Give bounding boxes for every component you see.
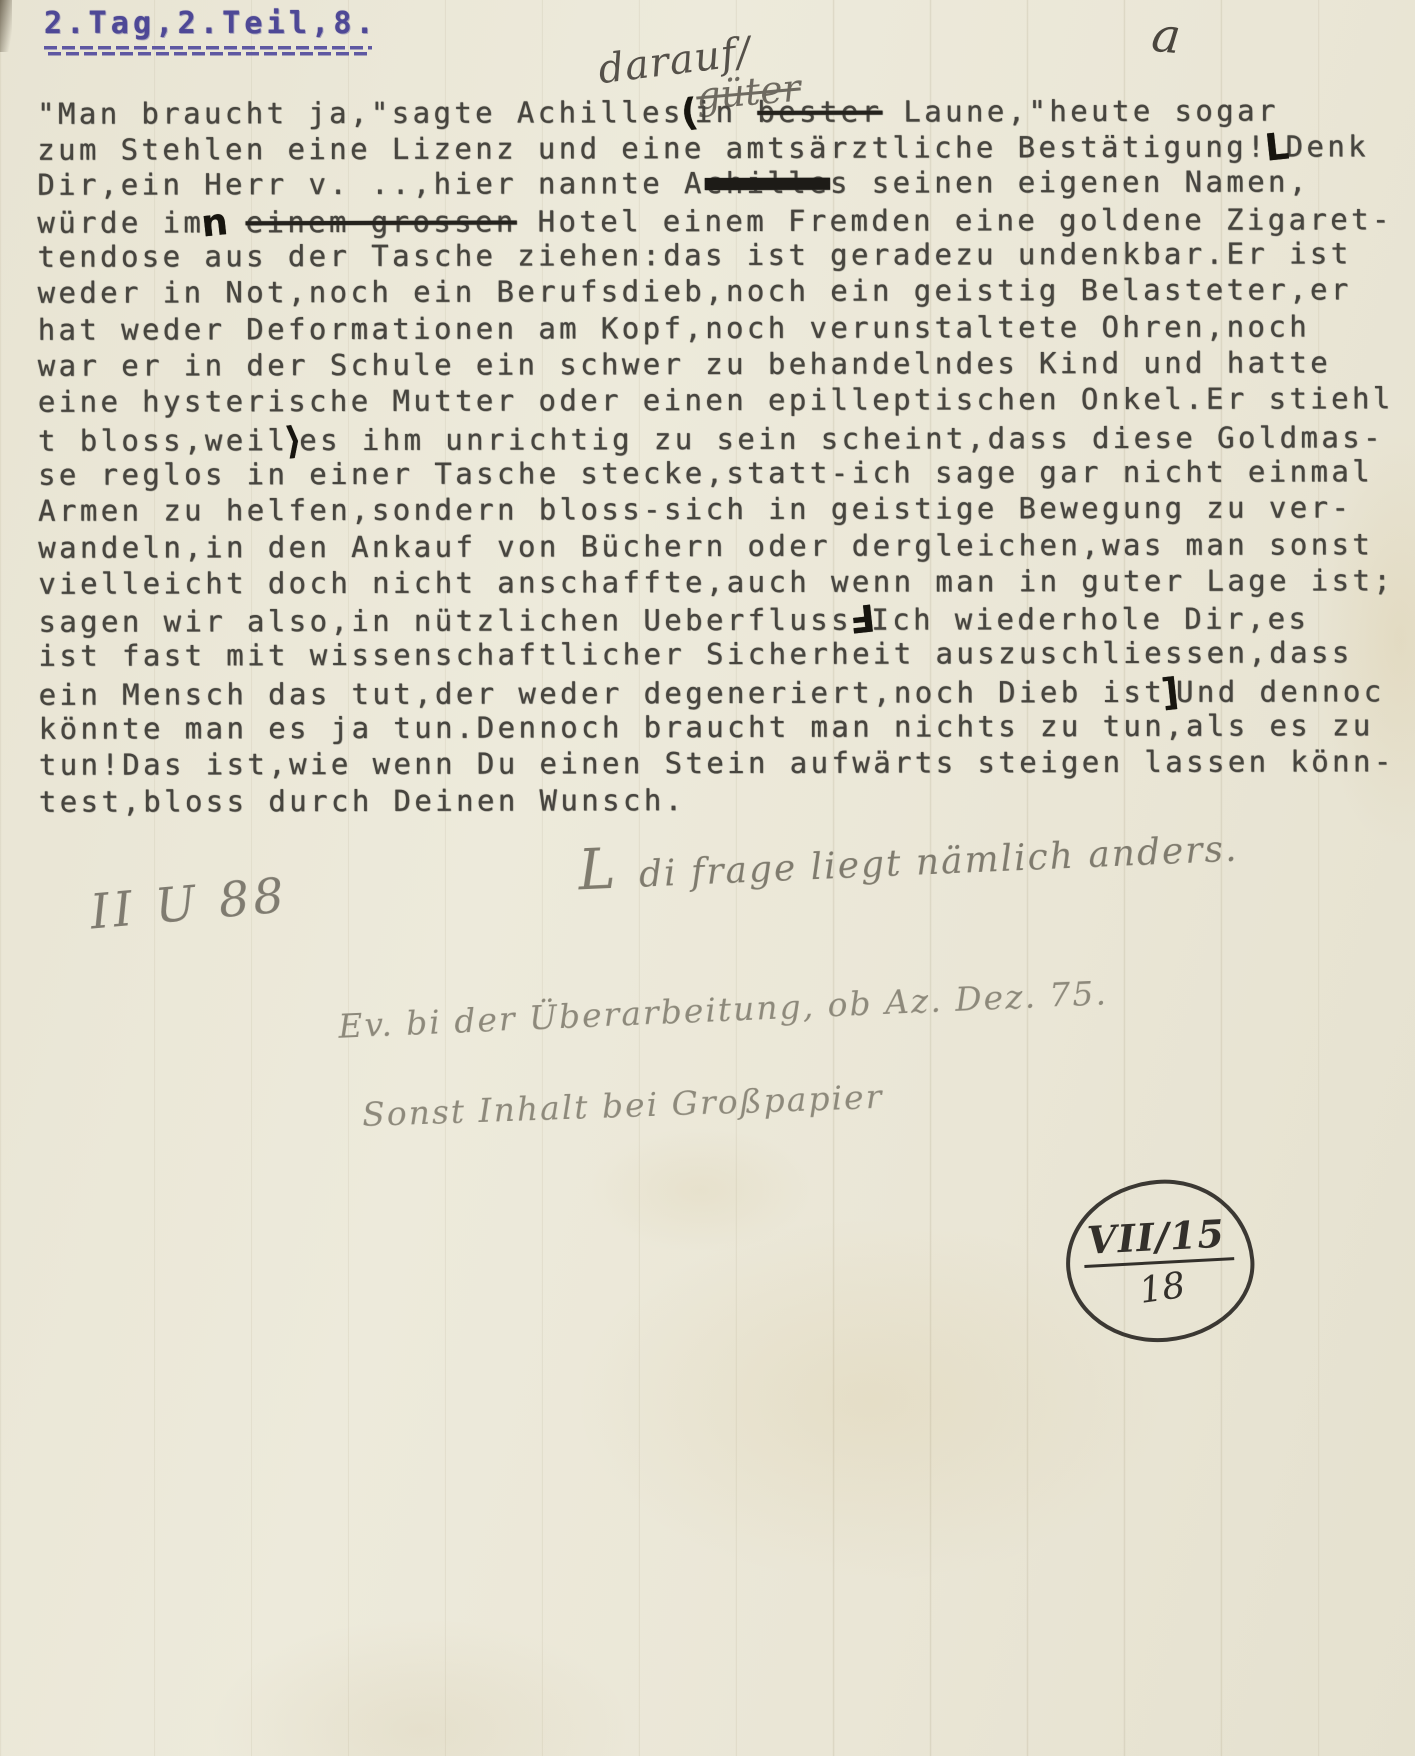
typescript-line: würde imn einem grossen Hotel einem Frem… bbox=[37, 199, 1407, 239]
typescript-segment: se reglos in einer Tasche stecke,statt-i… bbox=[38, 454, 1373, 491]
typescript-segment: könnte man es ja tun.Dennoch braucht man… bbox=[39, 708, 1374, 745]
typescript-line: tendose aus der Tasche ziehen:das ist ge… bbox=[37, 235, 1407, 275]
page-header: 2.Tag,2.Teil,8. bbox=[44, 6, 378, 41]
typescript-segment: test,bloss durch Deinen Wunsch. bbox=[39, 783, 686, 819]
typescript-line: se reglos in einer Tasche stecke,statt-i… bbox=[38, 453, 1408, 493]
typescript-line: eine hysterische Mutter oder einen epill… bbox=[38, 381, 1408, 421]
handwritten-ink-mark: n bbox=[199, 204, 229, 243]
typescript-segment: Laune,"heute sogar bbox=[882, 94, 1278, 129]
paper-corner-edge bbox=[0, 0, 12, 52]
typescript-segment: Ich wiederhole Dir,es bbox=[871, 602, 1309, 637]
typescript-segment: Armen zu helfen,sondern bloss-sich in ge… bbox=[38, 491, 1352, 528]
typescript-segment: Dir,ein Herr v. ..,hier nannte A bbox=[37, 166, 705, 202]
typescript-line: sagen wir also,in nützlichen UeberflussℲ… bbox=[38, 598, 1408, 638]
typescript-segment: Denk bbox=[1286, 130, 1370, 164]
manuscript-page: { "header": { "title": "2.Tag,2.Teil,8."… bbox=[0, 0, 1415, 1756]
typescript-segment: war er in der Schule ein schwer zu behan… bbox=[38, 345, 1331, 382]
typescript-segment: tendose aus der Tasche ziehen:das ist ge… bbox=[37, 237, 1351, 274]
typescript-line: weder in Not,noch ein Berufsdieb,noch ei… bbox=[38, 272, 1408, 312]
typescript-segment: sagen wir also,in nützlichen Ueberfluss bbox=[38, 603, 852, 639]
typescript-line: Dir,ein Herr v. ..,hier nannte Achilles … bbox=[37, 163, 1407, 203]
archive-stamp-signature: VII/15 bbox=[1082, 1210, 1234, 1268]
handwritten-corner-mark: a bbox=[1149, 7, 1183, 66]
typescript-segment: "Man braucht ja,"sagte Achilles bbox=[37, 95, 684, 131]
typescript-segment: hat weder Deformationen am Kopf,noch ver… bbox=[38, 309, 1311, 346]
typescript-line: "Man braucht ja,"sagte Achilles(in beste… bbox=[37, 90, 1407, 130]
typescript-line: ist fast mit wissenschaftlicher Sicherhe… bbox=[38, 635, 1408, 675]
typescript-struck-segment: einem grossen bbox=[246, 204, 517, 239]
typescript-line: könnte man es ja tun.Dennoch braucht man… bbox=[39, 707, 1409, 747]
handwritten-ink-mark: Ⅎ bbox=[847, 602, 876, 641]
typescript-segment: zum Stehlen eine Lizenz und eine amtsärz… bbox=[37, 130, 1268, 167]
typescript-line: wandeln,in den Ankauf von Büchern oder d… bbox=[38, 526, 1408, 566]
typescript-line: zum Stehlen eine Lizenz und eine amtsärz… bbox=[37, 127, 1407, 167]
typescript-struck-segment: chille bbox=[705, 165, 830, 199]
typescript-line: tun!Das ist,wie wenn Du einen Stein aufw… bbox=[39, 744, 1409, 784]
typescript-line: Armen zu helfen,sondern bloss-sich in ge… bbox=[38, 489, 1408, 529]
typescript-line: t bloss,weil⟩es ihm unrichtig zu sein sc… bbox=[38, 417, 1408, 457]
handwritten-archive-number: II U 88 bbox=[88, 867, 290, 940]
typescript-body: "Man braucht ja,"sagte Achilles(in beste… bbox=[37, 90, 1409, 820]
typescript-segment: weder in Not,noch ein Berufsdieb,noch ei… bbox=[38, 273, 1352, 310]
handwritten-ink-mark: L bbox=[1263, 129, 1290, 168]
typescript-segment: ein Mensch das tut,der weder degeneriert… bbox=[39, 675, 1166, 712]
typescript-segment: vielleicht doch nicht anschaffte,auch we… bbox=[38, 563, 1394, 601]
handwritten-pencil-note-1: Ev. bi der Überarbeitung, ob Az. Dez. 75… bbox=[338, 973, 1109, 1046]
typescript-segment: ist fast mit wissenschaftlicher Sicherhe… bbox=[38, 636, 1352, 673]
handwritten-margin-note: L di frage liegt nämlich anders. bbox=[577, 810, 1240, 904]
handwritten-pencil-note-2: Sonst Inhalt bei Großpapier bbox=[361, 1077, 884, 1134]
header-underline bbox=[44, 46, 372, 56]
typescript-line: war er in der Schule ein schwer zu behan… bbox=[38, 344, 1408, 384]
typescript-segment: tun!Das ist,wie wenn Du einen Stein aufw… bbox=[39, 745, 1395, 783]
typescript-segment: t bloss,weil bbox=[38, 423, 288, 458]
typescript-segment: es ihm unrichtig zu sein scheint,dass di… bbox=[299, 420, 1384, 457]
typescript-line: ein Mensch das tut,der weder degeneriert… bbox=[39, 671, 1409, 711]
typescript-segment: würde im bbox=[37, 205, 204, 239]
handwritten-ink-mark: ( bbox=[679, 94, 700, 132]
typescript-segment: s seinen eigenen Namen, bbox=[830, 164, 1310, 199]
typescript-segment: eine hysterische Mutter oder einen epill… bbox=[38, 382, 1394, 420]
typescript-segment: in bbox=[695, 95, 758, 129]
archive-stamp-circle: VII/15 18 bbox=[1059, 1172, 1260, 1350]
typescript-struck-segment: bester bbox=[757, 95, 882, 129]
typescript-segment: Hotel einem Fremden eine goldene Zigaret… bbox=[517, 202, 1393, 238]
typescript-line: vielleicht doch nicht anschaffte,auch we… bbox=[38, 562, 1408, 602]
archive-stamp-number: 18 bbox=[1137, 1264, 1188, 1311]
typescript-segment: wandeln,in den Ankauf von Büchern oder d… bbox=[38, 527, 1373, 564]
typescript-segment: Und dennoc bbox=[1176, 674, 1385, 709]
typescript-line: hat weder Deformationen am Kopf,noch ver… bbox=[38, 308, 1408, 348]
